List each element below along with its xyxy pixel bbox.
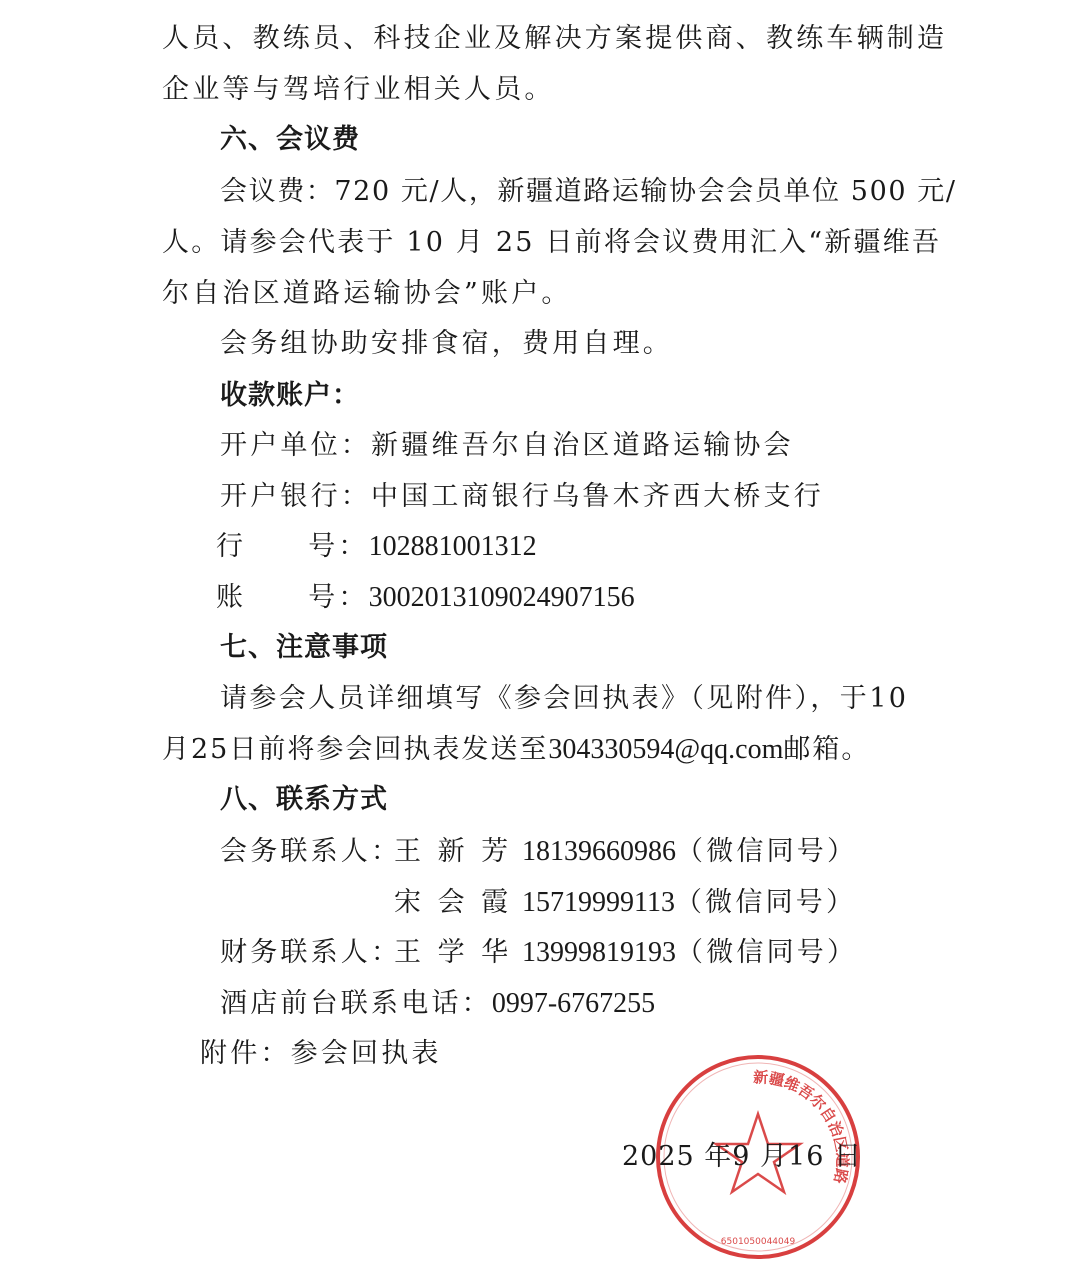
account-number-label-a: 账 (216, 582, 246, 613)
notice-line-2: 月25日前将参会回执表发送至304330594@qq.com邮箱。 (162, 733, 870, 767)
issue-date: 2025 年9 月16 日 (622, 1140, 862, 1174)
contact-row: 财务联系人：王 学 华13999819193（微信同号） (220, 936, 857, 970)
contact-phone: 18139660986 (522, 836, 676, 867)
account-number-row: 账号：3002013109024907156 (216, 581, 635, 615)
contact-row: 宋 会 霞15719999113（微信同号） (220, 886, 856, 920)
hotel-contact-phone: 0997-6767255 (492, 988, 655, 1019)
section-7-heading: 七、注意事项 (220, 631, 388, 665)
attachment-note: 附件：参会回执表 (200, 1037, 442, 1071)
contact-note: （微信同号） (675, 887, 856, 918)
section-8-heading: 八、联系方式 (220, 783, 388, 817)
fee-line-2: 人。请参会代表于 10 月 25 日前将会议费用汇入“新疆维吾 (162, 226, 941, 260)
hotel-contact-row: 酒店前台联系电话：0997-6767255 (220, 987, 655, 1021)
contact-note: （微信同号） (676, 836, 857, 867)
account-bank-value: 中国工商银行乌鲁木齐西大桥支行 (371, 481, 824, 512)
account-unit-label: 开户单位： (220, 430, 371, 461)
account-number-label-b: 号： (308, 582, 368, 613)
contact-name: 王 学 华 (394, 936, 522, 970)
contact-phone: 15719999113 (522, 887, 675, 918)
bank-number-label-a: 行 (216, 531, 246, 562)
seal-code: 6501050044049 (721, 1237, 796, 1247)
bank-number-value: 102881001312 (369, 531, 537, 562)
contact-phone: 13999819193 (522, 937, 676, 968)
account-bank-label: 开户银行： (220, 481, 371, 512)
lodging-note: 会务组协助安排食宿，费用自理。 (220, 327, 673, 361)
fee-line-3: 尔自治区道路运输协会”账户。 (162, 277, 572, 311)
notice-line-2-prefix: 月25日前将参会回执表发送至 (162, 734, 548, 765)
account-unit-row: 开户单位：新疆维吾尔自治区道路运输协会 (220, 429, 794, 463)
fee-line-1: 会议费：720 元/人，新疆道路运输协会会员单位 500 元/ (220, 175, 957, 209)
contact-name: 王 新 芳 (394, 835, 522, 869)
notice-line-1: 请参会人员详细填写《参会回执表》（见附件），于10 (220, 682, 908, 716)
bank-number-row: 行号：102881001312 (216, 530, 537, 564)
contact-label: 财务联系人： (220, 936, 394, 970)
email-address[interactable]: 304330594@qq.com (548, 734, 783, 765)
account-bank-row: 开户银行：中国工商银行乌鲁木齐西大桥支行 (220, 480, 824, 514)
intro-line-1: 人员、教练员、科技企业及解决方案提供商、教练车辆制造 (162, 22, 947, 56)
intro-line-2: 企业等与驾培行业相关人员。 (162, 73, 555, 107)
contact-note: （微信同号） (676, 937, 857, 968)
contact-row: 会务联系人：王 新 芳18139660986（微信同号） (220, 835, 857, 869)
account-number-value: 3002013109024907156 (369, 582, 635, 613)
notice-line-2-suffix: 邮箱。 (783, 734, 870, 765)
bank-number-label-b: 号： (308, 531, 368, 562)
section-6-heading: 六、会议费 (220, 123, 360, 157)
account-heading: 收款账户： (220, 379, 360, 413)
contact-name: 宋 会 霞 (394, 886, 522, 920)
account-unit-value: 新疆维吾尔自治区道路运输协会 (371, 430, 794, 461)
contact-label: 会务联系人： (220, 835, 394, 869)
hotel-contact-label: 酒店前台联系电话： (220, 988, 492, 1019)
